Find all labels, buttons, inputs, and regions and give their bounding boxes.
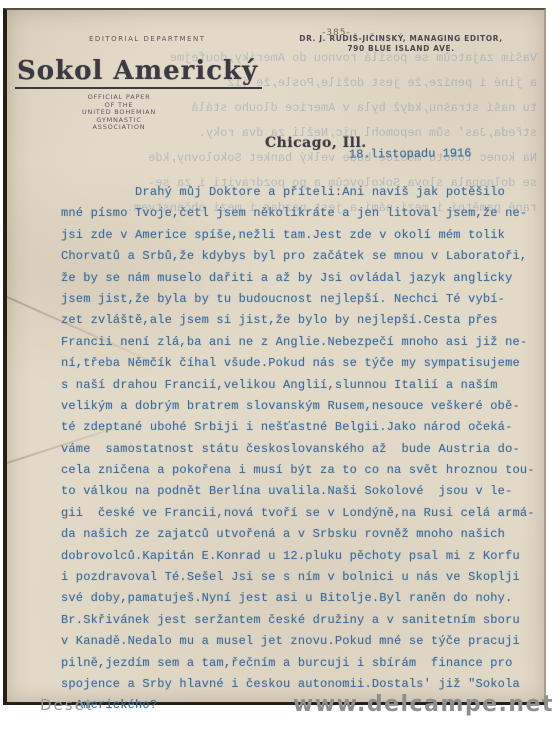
subtitle-line: Association <box>59 124 179 132</box>
typed-line: gii české ve Francii,nová tvoří se v Lon… <box>61 503 531 524</box>
typed-line: zet zvláště,ale jsem si jist,že bylo by … <box>61 310 531 331</box>
watermark-deset: Deset <box>40 696 94 714</box>
editor-address-line: 790 Blue Island Ave. <box>286 44 516 54</box>
typed-line: ní,třeba Němčík číhal všude.Pokud nás se… <box>61 353 531 374</box>
letter-date: 18.listopadu 1916 <box>349 146 472 161</box>
typed-line: Br.Skřivánek jest seržantem české družin… <box>61 610 531 631</box>
letter-paper: Vašim zajatcům se posílá rovnou do Ameri… <box>3 8 546 705</box>
typed-line: s naší drahou Francií,velikou Anglií,slu… <box>61 375 531 396</box>
typed-line: to válkou na podnět Berlína uvalila.Naši… <box>61 481 531 502</box>
typed-line: Drahý můj Doktore a příteli:Ani navíš ja… <box>61 182 531 203</box>
letterhead-editor: Dr. J. Rudiš-Jičinský, Managing Editor, … <box>286 34 516 54</box>
masthead-title: Sokol Americký <box>15 56 262 89</box>
typed-line: cela zničena a pokořena i musí být za to… <box>61 460 531 481</box>
typed-line: své doby,pamatuješ.Nyní jest asi u Bitol… <box>61 588 531 609</box>
letterhead-subtitle: Official Paper of the United Bohemian Gy… <box>59 94 179 132</box>
typed-line: pilně,jezdím sem a tam,řečním a burcuji … <box>61 653 531 674</box>
typed-line: dobrovolců.Kapitán E.Konrad u 12.pluku p… <box>61 546 531 567</box>
typed-line: velikým a dobrým bratrem slovanským Ruse… <box>61 396 531 417</box>
typed-line: Chorvatů a Srbů,že kdybys byl pro začáte… <box>61 246 531 267</box>
typed-line: té zdeptané ubohé Srbiji i nešťastné Bel… <box>61 417 531 438</box>
typed-line: jsem jist,že byla by tu budoucnost nejle… <box>61 289 531 310</box>
letter-body: Drahý můj Doktore a příteli:Ani navíš ja… <box>61 182 531 717</box>
typed-line: mné písmo Tvoje,četl jsem několikráte a … <box>61 203 531 224</box>
typed-line: da našich ze zajatců utvořená a v Srbsku… <box>61 524 531 545</box>
typed-line: váme samostatnost státu českoslovanského… <box>61 439 531 460</box>
editor-name-line: Dr. J. Rudiš-Jičinský, Managing Editor, <box>286 34 516 44</box>
watermark-delcampe: www.delcampe.net <box>293 692 554 717</box>
typed-line: v Kanadě.Nedalo mu a musel jet znovu.Pok… <box>61 631 531 652</box>
typed-line: jsi zde v Americe spíše,nežli tam.Jest z… <box>61 225 531 246</box>
typed-line: Francii není zlá,ba ani ne z Anglie.Nebe… <box>61 332 531 353</box>
letterhead-department: Editorial Department <box>89 35 206 43</box>
scanned-letter-page: Vašim zajatcům se posílá rovnou do Ameri… <box>0 0 560 730</box>
typed-line: i pozdravoval Té.Sešel Jsi se s ním v bo… <box>61 567 531 588</box>
typed-line: že by se nám muselo dařiti a až by Jsi o… <box>61 268 531 289</box>
subtitle-line: United Bohemian Gymnastic <box>59 109 179 124</box>
